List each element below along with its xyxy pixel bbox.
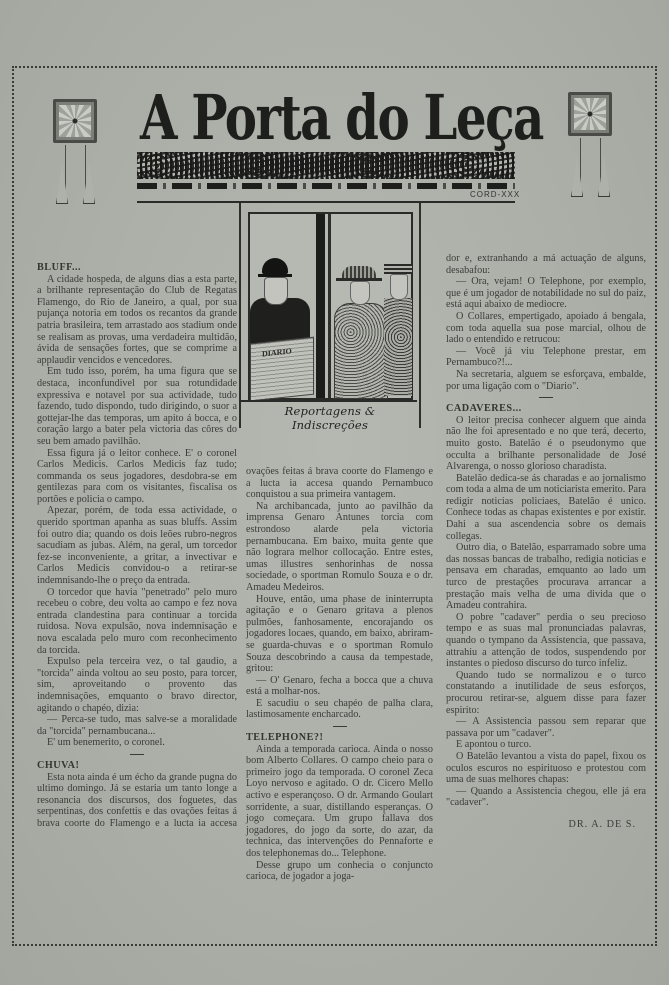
newspaper-drawing <box>250 337 314 402</box>
paragraph: Ainda a temporada carioca. Ainda o nosso… <box>246 744 433 860</box>
paragraph-continued: dor e, extranhando a má actuação de algu… <box>446 253 646 276</box>
paragraph: Houve, então, uma phase de ininterrupta … <box>246 594 433 675</box>
author-signature: DR. A. DE S. <box>446 819 646 831</box>
paragraph: Quando tudo se normalizou e o turco cons… <box>446 670 646 716</box>
paragraph: Apezar, porém, de toda essa actividade, … <box>37 505 237 586</box>
paragraph: — Perca-se tudo, mas salve-se a moralida… <box>37 714 237 737</box>
paragraph: Desse grupo um conhecia o conjuncto cari… <box>246 860 433 883</box>
paragraph: Outro dia, o Batelão, esparramado sobre … <box>446 542 646 612</box>
paragraph: E apontou o turco. <box>446 739 646 751</box>
section-separator <box>333 726 347 727</box>
masthead-title: A Porta do Leça <box>140 78 436 158</box>
man-face <box>264 277 288 305</box>
woman-figure <box>334 303 388 399</box>
door-pillar <box>316 214 325 398</box>
paragraph: E sacudiu o seu chapéo de palha clara, l… <box>246 698 433 721</box>
section-separator <box>539 397 553 398</box>
illustration-caption: Reportagens & Indiscreções <box>248 404 412 432</box>
paragraph: Batelão dedica-se ás charadas e ao jorna… <box>446 473 646 543</box>
swirl-decorative-band <box>137 152 515 179</box>
paragraph: Expulso pela terceira vez, o tal gaudio,… <box>37 656 237 714</box>
paragraph: — A Assistencia passou sem reparar que p… <box>446 716 646 739</box>
rosette-icon <box>53 99 97 143</box>
paragraph: Esta nota ainda é um écho da grande pugn… <box>37 772 237 830</box>
woman-face <box>350 281 370 305</box>
third-face <box>390 274 408 300</box>
column-left: BLUFF... A cidade hospeda, de alguns dia… <box>37 262 237 830</box>
paragraph: Em tudo isso, porém, ha uma figura que s… <box>37 366 237 447</box>
paragraph: Na archibancada, junto ao pavilhão da im… <box>246 501 433 594</box>
paragraph: O Batelão levantou a vista do papel, fix… <box>446 751 646 786</box>
paragraph: — Quando a Assistencia chegou, elle já e… <box>446 786 646 809</box>
paragraph: — Ora, vejam! O Telephone, por exemplo, … <box>446 276 646 311</box>
left-ornament <box>53 99 99 143</box>
paragraph: — Você já viu Telephone prestar, em Pern… <box>446 346 646 369</box>
caption-rule <box>239 400 417 402</box>
paragraph: Na secretaria, alguem se esforçava, emba… <box>446 369 646 392</box>
dashed-rule <box>137 183 515 189</box>
paragraph: O torcedor que havia "penetrado" pelo mu… <box>37 587 237 657</box>
section-heading-bluff: BLUFF... <box>37 262 237 274</box>
artist-signature: CORD-XXX <box>470 190 520 199</box>
paragraph-continued: ovações feitas á brava coorte do Flameng… <box>246 466 433 501</box>
paragraph: Essa figura já o leitor conhece. E' o co… <box>37 448 237 506</box>
hat-brim <box>258 274 292 277</box>
door-pillar <box>328 214 331 398</box>
column-right: dor e, extranhando a má actuação de algu… <box>446 253 646 831</box>
paragraph: A cidade hospeda, de alguns dias a esta … <box>37 274 237 367</box>
paragraph: O Collares, empertigado, apoiado á benga… <box>446 311 646 346</box>
third-figure <box>384 298 412 396</box>
boater-hat-icon <box>384 264 412 274</box>
section-heading-telephone: TELEPHONE?! <box>246 732 433 744</box>
paragraph: E' um benemerito, o coronel. <box>37 737 237 749</box>
paragraph: O pobre "cadaver" perdia o seu precioso … <box>446 612 646 670</box>
right-ornament <box>568 92 614 136</box>
section-heading-cadaveres: CADAVERES... <box>446 403 646 415</box>
hat-brim <box>336 278 382 281</box>
column-middle: ovações feitas á brava coorte do Flameng… <box>246 466 433 883</box>
cloche-hat-icon <box>342 266 376 278</box>
rosette-icon <box>568 92 612 136</box>
section-heading-chuva: CHUVA! <box>37 760 237 772</box>
section-separator <box>130 754 144 755</box>
paragraph: O leitor precisa conhecer alguem que ain… <box>446 415 646 473</box>
paragraph: — O' Genaro, fecha a bocca que a chuva e… <box>246 675 433 698</box>
